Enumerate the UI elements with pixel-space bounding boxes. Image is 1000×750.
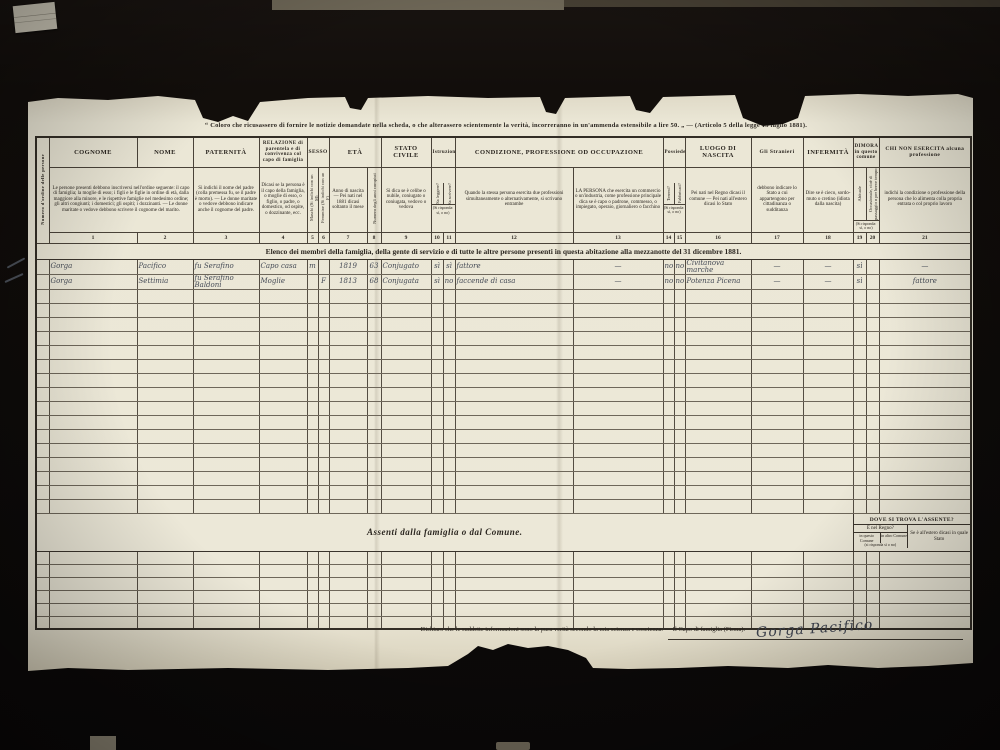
empty-cell: [573, 387, 663, 401]
empty-cell: [685, 499, 751, 513]
cell-abituale: sì: [853, 259, 866, 274]
empty-cell: [329, 387, 367, 401]
num-8: 8: [367, 232, 381, 243]
empty-cell: [431, 303, 443, 317]
col-eta: ETÀ: [329, 137, 381, 167]
cell-stato: Conjugato: [381, 259, 431, 274]
empty-cell: [866, 429, 879, 443]
empty-cell: [674, 443, 685, 457]
empty-cell: [259, 564, 307, 577]
assenti-heading-cell: Assenti dalla famiglia o dal Comune.: [36, 513, 853, 551]
empty-cell: [137, 303, 193, 317]
empty-cell: [307, 359, 318, 373]
empty-cell: [685, 551, 751, 564]
empty-cell: [663, 577, 674, 590]
num-13: 13: [573, 232, 663, 243]
subcol-anni: Numero degli anni compiuti: [367, 167, 381, 232]
empty-cell: [751, 603, 803, 616]
empty-cell: [49, 331, 137, 345]
empty-cell: [381, 443, 431, 457]
empty-cell: [685, 485, 751, 499]
empty-cell: [259, 331, 307, 345]
empty-cell: [685, 373, 751, 387]
empty-cell: [674, 485, 685, 499]
empty-cell: [866, 387, 879, 401]
empty-cell: [455, 485, 573, 499]
empty-cell: [307, 429, 318, 443]
empty-cell: [259, 387, 307, 401]
empty-cell: [751, 429, 803, 443]
cell-legge: sì: [431, 274, 443, 289]
empty-cell: [431, 415, 443, 429]
empty-cell: [329, 443, 367, 457]
empty-cell: [879, 577, 971, 590]
empty-cell: [685, 303, 751, 317]
empty-cell: [431, 289, 443, 303]
possiede-note: (Si risponda: sì, o no): [664, 204, 685, 216]
cell-sesso-f: F: [318, 274, 329, 289]
empty-cell: [879, 603, 971, 616]
table-edge-strip: [272, 0, 564, 10]
cell-scrive: sì: [443, 259, 455, 274]
empty-cell: [431, 603, 443, 616]
empty-cell: [803, 551, 853, 564]
empty-cell: [803, 603, 853, 616]
empty-cell: [36, 289, 49, 303]
empty-cell: [674, 303, 685, 317]
num-2: 2: [137, 232, 193, 243]
empty-cell: [307, 415, 318, 429]
num-10: 10: [431, 232, 443, 243]
empty-cell: [36, 485, 49, 499]
num-21: 21: [879, 232, 971, 243]
note-la-persona: LA PERSONA che esercita un commercio o u…: [573, 167, 663, 232]
empty-cell: [193, 590, 259, 603]
num-19: 19: [853, 232, 866, 243]
empty-cell: [381, 471, 431, 485]
empty-cell: [803, 457, 853, 471]
empty-cell: [318, 564, 329, 577]
subcol-femmine: Femmine (Si indichi con un F): [318, 167, 329, 232]
empty-cell: [367, 429, 381, 443]
empty-cell: [866, 443, 879, 457]
empty-cell: [381, 331, 431, 345]
empty-cell: [443, 551, 455, 564]
cell-relazione: Moglie: [259, 274, 307, 289]
empty-cell: [674, 499, 685, 513]
empty-cell: [674, 457, 685, 471]
empty-cell: [259, 457, 307, 471]
empty-row: [36, 331, 971, 345]
empty-cell: [853, 373, 866, 387]
empty-cell: [431, 373, 443, 387]
dimora-note: (Si risponda: sì, o no): [854, 220, 879, 232]
empty-cell: [879, 289, 971, 303]
cell-legge: sì: [431, 259, 443, 274]
empty-cell: [803, 387, 853, 401]
empty-cell: [36, 373, 49, 387]
empty-cell: [137, 443, 193, 457]
empty-cell: [751, 317, 803, 331]
empty-cell: [36, 457, 49, 471]
empty-row: [36, 387, 971, 401]
empty-cell: [751, 457, 803, 471]
empty-cell: [49, 359, 137, 373]
empty-cell: [431, 331, 443, 345]
empty-cell: [879, 345, 971, 359]
empty-cell: [879, 616, 971, 629]
empty-cell: [443, 317, 455, 331]
empty-cell: [663, 303, 674, 317]
empty-cell: [318, 303, 329, 317]
cell-condizione: faccende di casa: [455, 274, 573, 289]
empty-cell: [866, 289, 879, 303]
empty-cell: [36, 387, 49, 401]
empty-cell: [573, 359, 663, 373]
cell-anno: 1819: [329, 259, 367, 274]
empty-cell: [329, 429, 367, 443]
empty-cell: [443, 415, 455, 429]
empty-cell: [367, 359, 381, 373]
empty-cell: [573, 499, 663, 513]
empty-cell: [36, 401, 49, 415]
empty-cell: [367, 289, 381, 303]
sa-scrivere: Sa scrivere?: [444, 183, 455, 205]
empty-cell: [879, 373, 971, 387]
empty-cell: [663, 590, 674, 603]
empty-cell: [455, 590, 573, 603]
subcols-istruzione: Sa leggere? Sa scrivere? (Si risponda: s…: [431, 167, 455, 232]
empty-cell: [307, 551, 318, 564]
empty-cell: [866, 457, 879, 471]
empty-cell: [866, 331, 879, 345]
empty-cell: [866, 577, 879, 590]
empty-row: [36, 590, 971, 603]
empty-cell: [318, 289, 329, 303]
empty-cell: [663, 345, 674, 359]
empty-cell: [381, 401, 431, 415]
empty-cell: [443, 590, 455, 603]
empty-cell: [674, 471, 685, 485]
empty-cell: [193, 616, 259, 629]
subcols-possiede: Terreni? Fabbricati? (Si risponda: sì, o…: [663, 167, 685, 232]
empty-cell: [381, 429, 431, 443]
empty-row: [36, 429, 971, 443]
empty-cell: [663, 564, 674, 577]
empty-cell: [803, 331, 853, 345]
empty-row: [36, 471, 971, 485]
pen-tick-row2: [4, 273, 23, 283]
empty-cell: [879, 499, 971, 513]
empty-cell: [329, 471, 367, 485]
empty-cell: [443, 485, 455, 499]
empty-cell: [318, 429, 329, 443]
empty-cell: [685, 289, 751, 303]
empty-cell: [674, 373, 685, 387]
empty-cell: [36, 603, 49, 616]
empty-cell: [193, 401, 259, 415]
empty-cell: [879, 485, 971, 499]
empty-cell: [685, 590, 751, 603]
empty-cell: [674, 345, 685, 359]
empty-cell: [381, 564, 431, 577]
empty-cell: [49, 429, 137, 443]
empty-cell: [853, 577, 866, 590]
empty-cell: [573, 485, 663, 499]
empty-cell: [443, 303, 455, 317]
empty-cell: [49, 401, 137, 415]
empty-cell: [443, 471, 455, 485]
anni-label: Numero degli anni compiuti: [372, 173, 377, 224]
empty-row: [36, 457, 971, 471]
empty-cell: [307, 373, 318, 387]
empty-cell: [674, 415, 685, 429]
empty-cell: [573, 373, 663, 387]
empty-cell: [573, 443, 663, 457]
empty-cell: [751, 499, 803, 513]
empty-cell: [49, 303, 137, 317]
empty-cell: [573, 590, 663, 603]
empty-cell: [381, 289, 431, 303]
empty-cell: [455, 471, 573, 485]
note-relazione: Dicasi se la persona è il capo della fam…: [259, 167, 307, 232]
empty-cell: [367, 415, 381, 429]
empty-cell: [879, 564, 971, 577]
empty-cell: [674, 317, 685, 331]
empty-cell: [36, 616, 49, 629]
dove-estero: Se è all'estero dicasi in quale Stato: [908, 525, 970, 548]
empty-cell: [329, 485, 367, 499]
empty-cell: [751, 331, 803, 345]
empty-cell: [137, 485, 193, 499]
empty-cell: [49, 564, 137, 577]
empty-cell: [318, 359, 329, 373]
dove-si-trova-box: DOVE SI TROVA L'ASSENTE? È nel Regno? in…: [854, 516, 971, 548]
empty-cell: [685, 401, 751, 415]
empty-cell: [329, 331, 367, 345]
empty-cell: [137, 317, 193, 331]
empty-cell: [381, 457, 431, 471]
empty-cell: [193, 499, 259, 513]
empty-cell: [853, 345, 866, 359]
empty-cell: [307, 345, 318, 359]
empty-row: [36, 551, 971, 564]
bottom-paper-sliver: [90, 736, 116, 750]
empty-cell: [674, 551, 685, 564]
empty-cell: [674, 429, 685, 443]
empty-cell: [259, 429, 307, 443]
empty-cell: [137, 345, 193, 359]
empty-cell: [307, 443, 318, 457]
empty-cell: [49, 471, 137, 485]
empty-cell: [381, 577, 431, 590]
empty-cell: [367, 457, 381, 471]
empty-cell: [443, 577, 455, 590]
table-edge-strip-right: [564, 0, 1000, 7]
empty-cell: [866, 590, 879, 603]
cell-sesso-f: [318, 259, 329, 274]
empty-cell: [455, 373, 573, 387]
empty-cell: [36, 345, 49, 359]
empty-cell: [685, 429, 751, 443]
cell-paternita: fu Serafino Baldoni: [193, 274, 259, 289]
empty-cell: [879, 551, 971, 564]
empty-cell: [367, 443, 381, 457]
empty-cell: [381, 303, 431, 317]
empty-cell: [879, 401, 971, 415]
empty-cell: [381, 387, 431, 401]
empty-cell: [674, 603, 685, 616]
empty-row: [36, 359, 971, 373]
empty-cell: [193, 373, 259, 387]
empty-cell: [36, 590, 49, 603]
empty-cell: [259, 401, 307, 415]
empty-row: [36, 303, 971, 317]
empty-cell: [685, 359, 751, 373]
empty-cell: [853, 590, 866, 603]
empty-cell: [573, 289, 663, 303]
empty-cell: [307, 471, 318, 485]
empty-cell: [329, 603, 367, 616]
empty-cell: [259, 415, 307, 429]
num-5: 5: [307, 232, 318, 243]
empty-cell: [259, 359, 307, 373]
empty-cell: [803, 485, 853, 499]
empty-cell: [307, 289, 318, 303]
empty-cell: [381, 485, 431, 499]
corner-paper-label: [13, 2, 58, 33]
empty-cell: [259, 577, 307, 590]
empty-cell: [853, 485, 866, 499]
empty-cell: [853, 551, 866, 564]
empty-row: [36, 401, 971, 415]
empty-cell: [193, 457, 259, 471]
cell-cognome: Gorga: [49, 259, 137, 274]
cell-luogo: Civitanova marche: [685, 259, 751, 274]
empty-cell: [751, 415, 803, 429]
empty-cell: [853, 443, 866, 457]
empty-cell: [381, 603, 431, 616]
dove-regno-label: È nel Regno?: [854, 525, 908, 533]
empty-cell: [573, 457, 663, 471]
empty-cell: [193, 331, 259, 345]
empty-cell: [137, 415, 193, 429]
empty-cell: [431, 401, 443, 415]
empty-row: [36, 443, 971, 457]
empty-cell: [674, 359, 685, 373]
empty-cell: [36, 499, 49, 513]
empty-cell: [685, 457, 751, 471]
empty-cell: [367, 603, 381, 616]
empty-cell: [193, 345, 259, 359]
empty-cell: [866, 485, 879, 499]
empty-cell: [674, 577, 685, 590]
dove-regno-col: È nel Regno? in questo Comune in altro C…: [854, 525, 909, 548]
empty-cell: [866, 603, 879, 616]
fabbricati: Fabbricati?: [675, 183, 685, 203]
empty-cell: [318, 603, 329, 616]
empty-cell: [318, 457, 329, 471]
empty-cell: [193, 485, 259, 499]
empty-cell: [866, 345, 879, 359]
empty-cell: [573, 415, 663, 429]
empty-cell: [329, 457, 367, 471]
col-luogo-nascita: LUOGO DI NASCITA: [685, 137, 751, 167]
num-3: 3: [193, 232, 259, 243]
empty-cell: [193, 551, 259, 564]
empty-cell: [36, 577, 49, 590]
presenti-rows: Gorga Pacifico fu Serafino Capo casa m 1…: [36, 259, 971, 513]
empty-cell: [329, 401, 367, 415]
empty-cell: [318, 331, 329, 345]
empty-cell: [853, 331, 866, 345]
empty-cell: [137, 577, 193, 590]
empty-cell: [36, 317, 49, 331]
empty-cell: [443, 457, 455, 471]
empty-cell: [455, 577, 573, 590]
empty-cell: [329, 551, 367, 564]
empty-cell: [685, 564, 751, 577]
empty-cell: [455, 443, 573, 457]
cell-stranieri: —: [751, 259, 803, 274]
col-nome: NOME: [137, 137, 193, 167]
empty-cell: [663, 401, 674, 415]
empty-cell: [431, 471, 443, 485]
empty-cell: [803, 429, 853, 443]
empty-cell: [866, 373, 879, 387]
subcol-maschi: Maschi (Si indichi con un M): [307, 167, 318, 232]
empty-cell: [367, 345, 381, 359]
empty-cell: [866, 415, 879, 429]
maschi-label: Maschi (Si indichi con un M): [309, 172, 319, 224]
empty-cell: [853, 499, 866, 513]
empty-cell: [853, 603, 866, 616]
empty-cell: [329, 359, 367, 373]
empty-cell: [853, 429, 866, 443]
col-dimora: DIMORA in questo comune: [853, 137, 879, 167]
empty-cell: [307, 387, 318, 401]
dimora-occasionale: Occasionale, cioè di passaggio o per bre…: [867, 168, 879, 220]
empty-cell: [49, 577, 137, 590]
empty-cell: [49, 551, 137, 564]
empty-cell: [137, 359, 193, 373]
empty-cell: [137, 499, 193, 513]
col-chi-non-esercita: CHI NON ESERCITA alcuna professione: [879, 137, 971, 167]
empty-cell: [455, 303, 573, 317]
empty-cell: [455, 289, 573, 303]
dimora-abituale: Abituale: [854, 168, 867, 220]
empty-row: [36, 485, 971, 499]
empty-cell: [663, 387, 674, 401]
empty-cell: [866, 551, 879, 564]
empty-cell: [381, 551, 431, 564]
empty-cell: [663, 429, 674, 443]
col-relazione: RELAZIONE di parentela e di convivenza c…: [259, 137, 307, 167]
empty-cell: [751, 577, 803, 590]
empty-cell: [307, 303, 318, 317]
empty-cell: [137, 401, 193, 415]
empty-cell: [879, 429, 971, 443]
cell-cognome: Gorga: [49, 274, 137, 289]
empty-cell: [685, 415, 751, 429]
empty-cell: [36, 415, 49, 429]
empty-cell: [431, 577, 443, 590]
cell-condizione: fattore: [455, 259, 573, 274]
empty-cell: [866, 317, 879, 331]
num-14: 14: [663, 232, 674, 243]
empty-cell: [803, 303, 853, 317]
empty-cell: [443, 373, 455, 387]
